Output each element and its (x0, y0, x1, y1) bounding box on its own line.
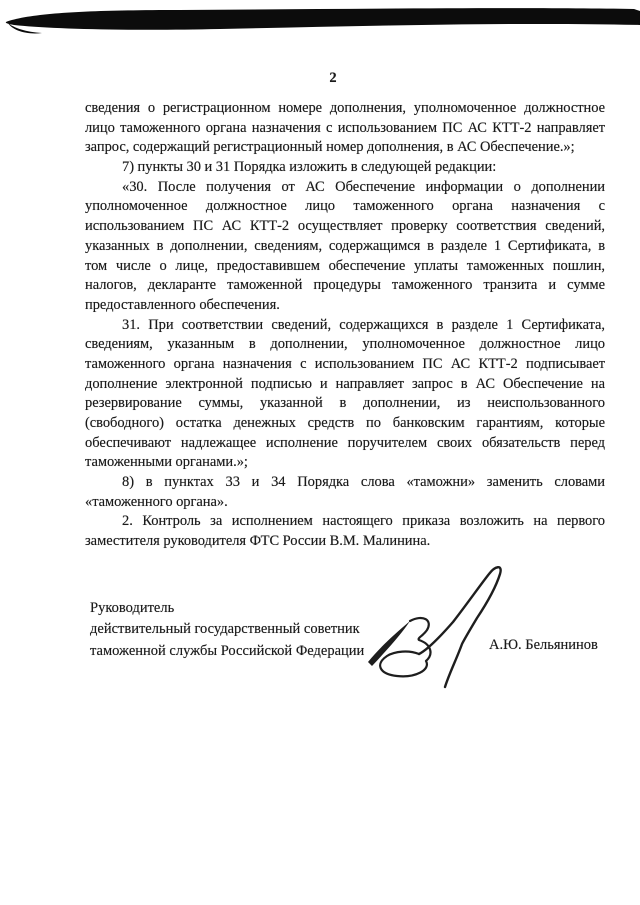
text-line: лицо таможенного органа назначения с исп… (85, 119, 605, 139)
text-line: уполномоченное должностное лицо таможенн… (85, 197, 605, 217)
text-line: запрос, содержащий регистрационный номер… (85, 138, 605, 158)
text-line: «таможенного органа». (85, 493, 605, 513)
text-line: 8) в пунктах 33 и 34 Порядка слова «тамо… (85, 473, 605, 493)
scan-artifact-shape (6, 8, 640, 33)
signature-stroke (368, 621, 410, 666)
text-line: обеспечивают надлежащее исполнение поруч… (85, 434, 605, 454)
signature-stroke (419, 567, 501, 687)
text-line: таможенного органа назначения с использо… (85, 355, 605, 375)
document-body: сведения о регистрационном номере дополн… (85, 99, 605, 552)
text-line: (свободного) остатка денежных средств по… (85, 414, 605, 434)
text-line: сведениям, указанным в дополнении, уполн… (85, 335, 605, 355)
text-line: дополнение электронной подписью и направ… (85, 375, 605, 395)
document-page: 2 сведения о регистрационном номере допо… (0, 0, 640, 905)
text-line: 7) пункты 30 и 31 Порядка изложить в сле… (85, 158, 605, 178)
scan-artifact-bar (0, 0, 640, 40)
text-line: том числе о лице, предоставившем обеспеч… (85, 257, 605, 277)
signer-name: А.Ю. Бельянинов (489, 635, 619, 656)
text-line: предоставленного обеспечения. (85, 296, 605, 316)
page-number: 2 (0, 68, 640, 88)
text-line: заместителя руководителя ФТС России В.М.… (85, 532, 605, 552)
text-line: налогов, декларанте таможенной процедуры… (85, 276, 605, 296)
text-line: использованием ПС АС КТТ-2 осуществляет … (85, 217, 605, 237)
text-line: 31. При соответствии сведений, содержащи… (85, 316, 605, 336)
text-line: таможенными органами.»; (85, 453, 605, 473)
text-line: сведения о регистрационном номере дополн… (85, 99, 605, 119)
text-line: резервирование суммы, указанной в дополн… (85, 394, 605, 414)
text-line: «30. После получения от АС Обеспечение и… (85, 178, 605, 198)
text-line: 2. Контроль за исполнением настоящего пр… (85, 512, 605, 532)
text-line: указанных в дополнении, сведениям, содер… (85, 237, 605, 257)
handwritten-signature (335, 550, 525, 700)
